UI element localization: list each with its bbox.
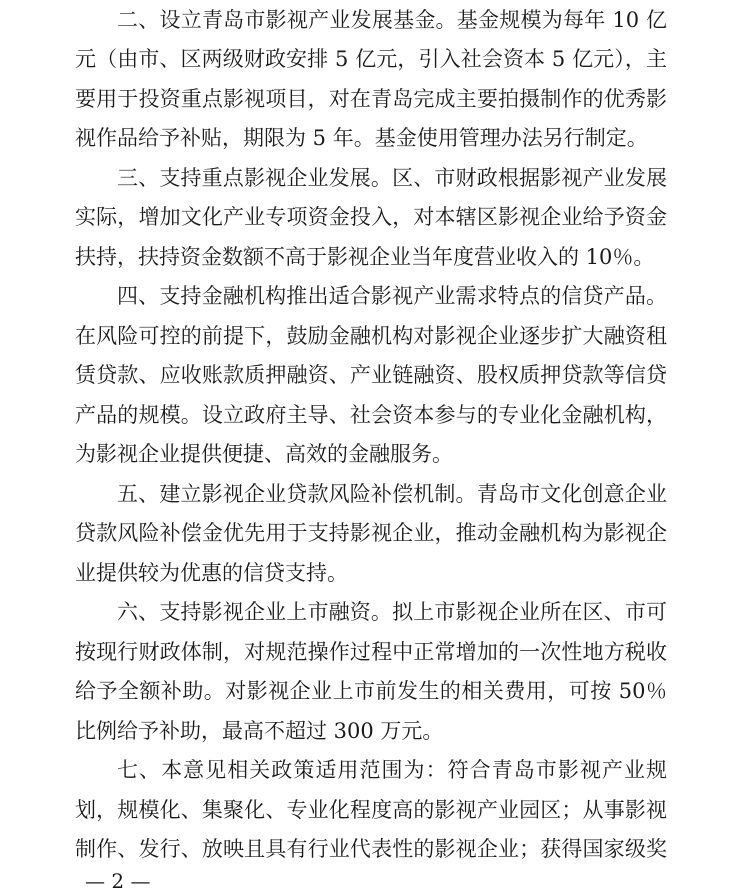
paragraph-item-4-line: 赁贷款、应收账款质押融资、产业链融资、股权质押贷款等信贷 <box>75 362 667 388</box>
paragraph-item-2-line: 视作品给予补贴，期限为 5 年。基金使用管理办法另行制定。 <box>75 125 667 151</box>
paragraph-item-5-line: 五、建立影视企业贷款风险补偿机制。青岛市文化创意企业 <box>117 481 667 507</box>
paragraph-item-7-line: 划，规模化、集聚化、专业化程度高的影视产业园区；从事影视 <box>75 797 667 823</box>
paragraph-item-2-line: 二、设立青岛市影视产业发展基金。基金规模为每年 10 亿 <box>117 7 667 33</box>
paragraph-item-2-line: 元（由市、区两级财政安排 5 亿元，引入社会资本 5 亿元），主 <box>75 46 667 72</box>
paragraph-item-4-line: 为影视企业提供便捷、高效的金融服务。 <box>75 441 667 467</box>
paragraph-item-6-line: 比例给予补助，最高不超过 300 万元。 <box>75 718 667 744</box>
paragraph-item-4-line: 产品的规模。设立政府主导、社会资本参与的专业化金融机构， <box>75 402 667 428</box>
paragraph-item-6-line: 给予全额补助。对影视企业上市前发生的相关费用，可按 50％ <box>75 678 667 704</box>
paragraph-item-3-line: 实际，增加文化产业专项资金投入，对本辖区影视企业给予资金 <box>75 204 667 230</box>
paragraph-item-6-line: 六、支持影视企业上市融资。拟上市影视企业所在区、市可 <box>117 599 667 625</box>
paragraph-item-2-line: 要用于投资重点影视项目，对在青岛完成主要拍摄制作的优秀影 <box>75 86 667 112</box>
paragraph-item-3-line: 三、支持重点影视企业发展。区、市财政根据影视产业发展 <box>117 165 667 191</box>
paragraph-item-5-line: 业提供较为优惠的信贷支持。 <box>75 560 667 586</box>
paragraph-item-7-line: 七、本意见相关政策适用范围为：符合青岛市影视产业规 <box>117 757 667 783</box>
paragraph-item-6-line: 按现行财政体制，对规范操作过程中正常增加的一次性地方税收 <box>75 639 667 665</box>
page-number: — 2 — <box>85 870 150 890</box>
paragraph-item-5-line: 贷款风险补偿金优先用于支持影视企业，推动金融机构为影视企 <box>75 520 667 546</box>
paragraph-item-4-line: 四、支持金融机构推出适合影视产业需求特点的信贷产品。 <box>117 283 667 309</box>
paragraph-item-7-line: 制作、发行、放映且具有行业代表性的影视企业；获得国家级奖 <box>75 836 667 862</box>
paragraph-item-3-line: 扶持，扶持资金数额不高于影视企业当年度营业收入的 10％。 <box>75 244 667 270</box>
document-page: 二、设立青岛市影视产业发展基金。基金规模为每年 10 亿 元（由市、区两级财政安… <box>0 0 735 890</box>
paragraph-item-4-line: 在风险可控的前提下，鼓励金融机构对影视企业逐步扩大融资租 <box>75 323 667 349</box>
